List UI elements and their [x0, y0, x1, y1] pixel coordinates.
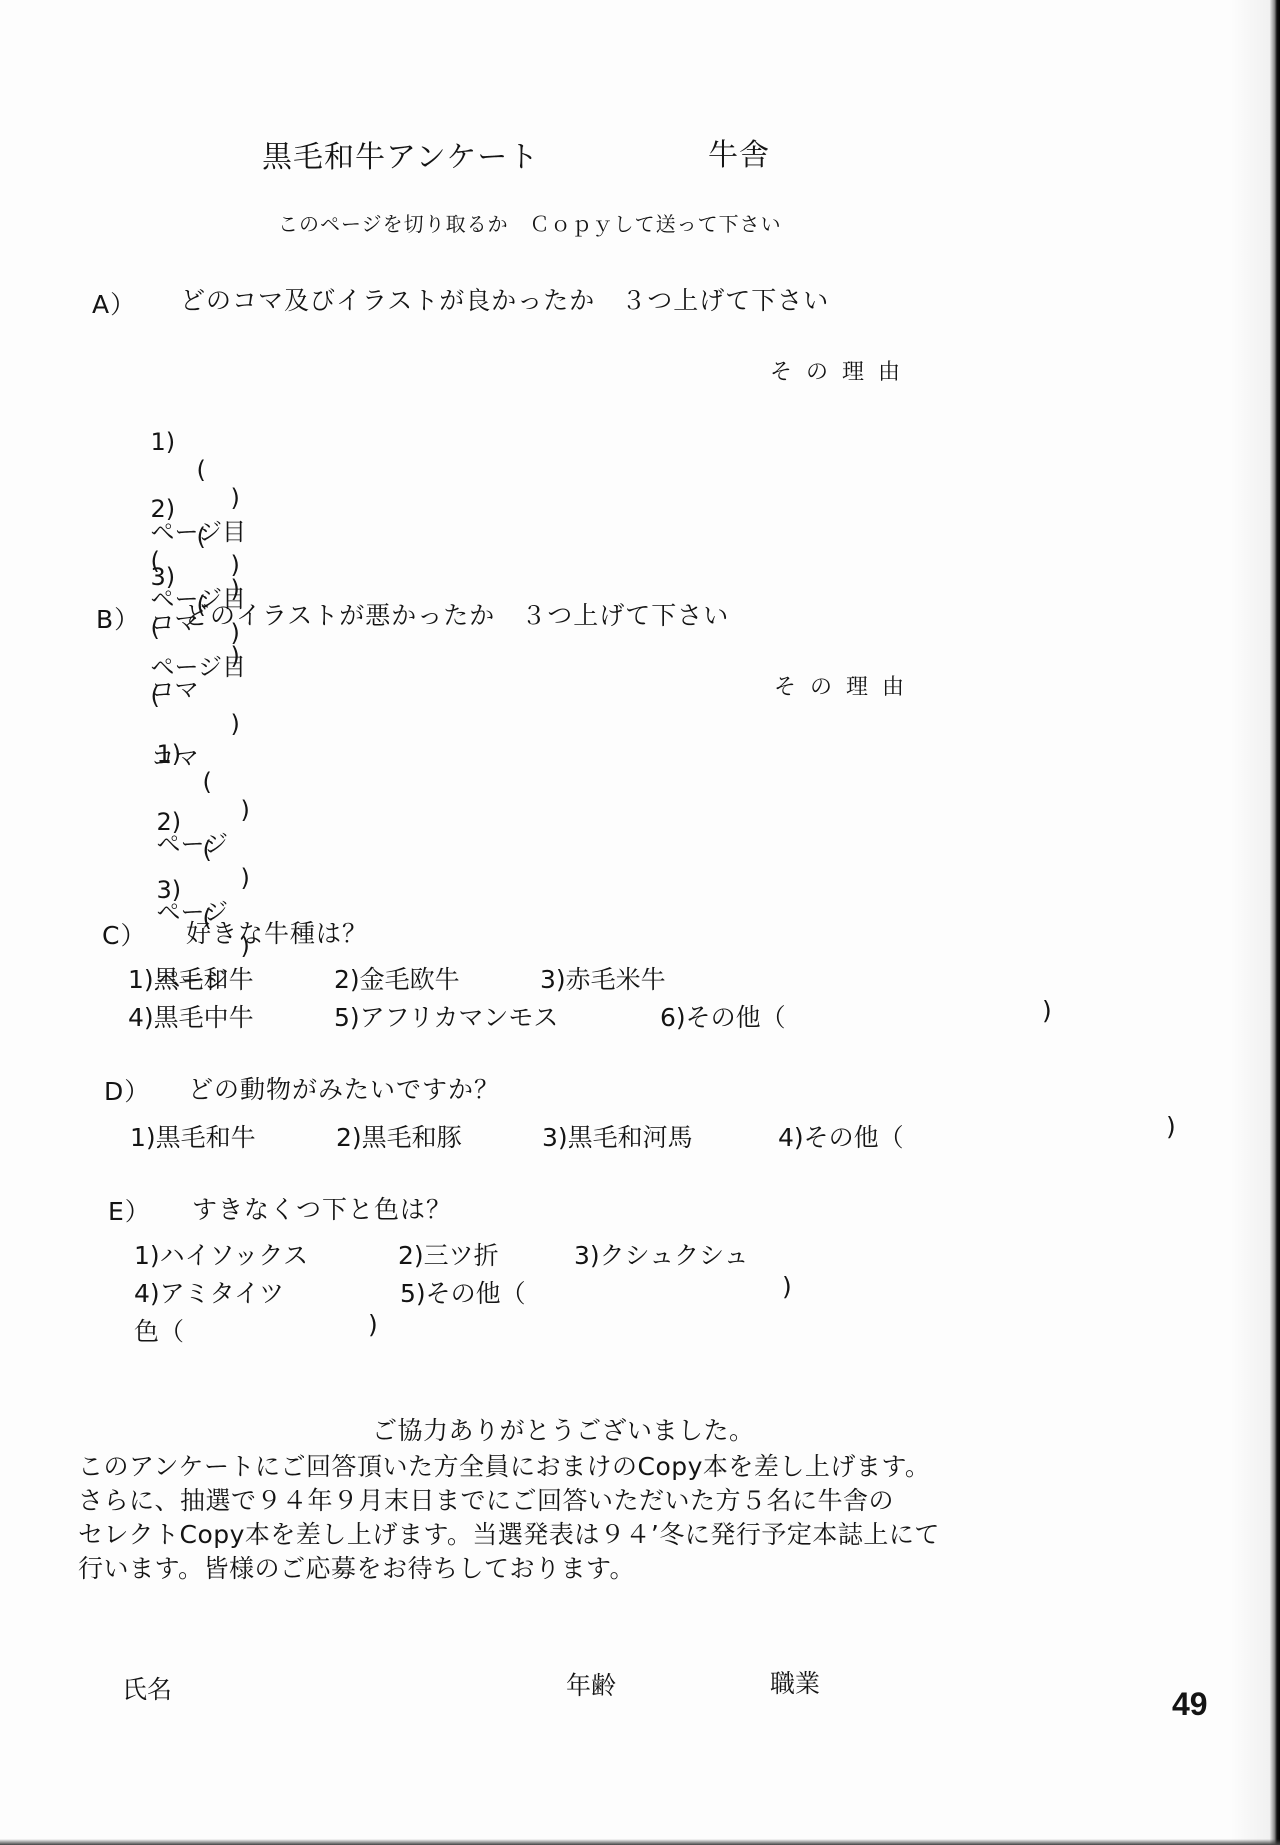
color-close-paren: ) [368, 1310, 378, 1339]
section-b-reason-label: その理由 [774, 670, 918, 701]
socks-option-3[interactable]: 3)クシュクシュ [574, 1236, 749, 1272]
socks-option-1[interactable]: 1)ハイソックス [134, 1236, 308, 1272]
section-c-label: C） [102, 916, 146, 952]
page-edge-shadow [1230, 0, 1270, 1845]
page-bottom-edge [0, 1839, 1280, 1845]
cattle-option-4[interactable]: 4)黒毛中牛 [128, 998, 254, 1034]
animal-option-1[interactable]: 1)黒毛和牛 [130, 1118, 256, 1154]
closing-line-1: このアンケートにご回答頂いた方全員におまけのCopy本を差し上げます。 [78, 1450, 930, 1484]
section-d-question: どの動物がみたいですか？ [188, 1070, 500, 1106]
socks-option-2[interactable]: 2)三ツ折 [398, 1236, 499, 1272]
section-a-question: どのコマ及びイラストが良かったか ３つ上げて下さい [180, 281, 829, 317]
section-b-question: どのイラストが悪かったか ３つ上げて下さい [184, 596, 729, 632]
row-number: 2) [157, 808, 182, 836]
closing-line-4: 行います。皆様のご応募をお待ちしております。 [78, 1552, 635, 1586]
survey-title: 黒毛和牛アンケート [262, 132, 539, 176]
page-number: 49 [1172, 1686, 1208, 1723]
cattle-option-2[interactable]: 2)金毛欧牛 [334, 960, 460, 996]
animal-option-2[interactable]: 2)黒毛和豚 [336, 1118, 462, 1154]
thanks-message: ご協力ありがとうございました。 [372, 1414, 755, 1448]
row-number: 2) [151, 495, 176, 523]
section-c-question: 好きな牛種は？ [186, 914, 368, 950]
socks-other-close-paren: ) [782, 1272, 792, 1301]
occupation-field-label[interactable]: 職業 [770, 1664, 820, 1700]
section-d-label: D） [104, 1072, 150, 1108]
cattle-option-other[interactable]: 6)その他（ [660, 998, 786, 1034]
section-a-reason-label: その理由 [770, 355, 914, 386]
instruction-text: このページを切り取るか Ｃｏｐｙして送って下さい [278, 208, 782, 237]
section-e-question: すきなくつ下と色は？ [192, 1190, 452, 1226]
animal-option-other[interactable]: 4)その他（ [778, 1118, 904, 1154]
cattle-option-3[interactable]: 3)赤毛米牛 [540, 960, 666, 996]
row-number: 3) [157, 876, 182, 904]
cattle-other-close-paren: ) [1042, 996, 1052, 1025]
closing-line-3: セレクトCopy本を差し上げます。当選発表は９４’冬に発行予定本誌上にて [78, 1518, 940, 1552]
section-b-label: B） [96, 600, 140, 636]
section-a-label: A） [92, 285, 136, 321]
panel-open-paren: ( [151, 682, 160, 710]
section-e-label: E） [108, 1192, 151, 1228]
animal-option-3[interactable]: 3)黒毛和河馬 [542, 1118, 693, 1154]
socks-option-other[interactable]: 5)その他（ [400, 1274, 526, 1310]
row-number: 3) [151, 563, 176, 591]
circle-name: 牛舎 [708, 130, 770, 174]
cattle-option-5[interactable]: 5)アフリカマンモス [334, 998, 558, 1034]
animal-other-close-paren: ) [1166, 1112, 1176, 1141]
row-number: 1) [151, 428, 176, 456]
survey-page: 黒毛和牛アンケート 牛舎 このページを切り取るか Ｃｏｐｙして送って下さい A）… [0, 0, 1280, 1845]
name-field-label[interactable]: 氏名 [122, 1670, 172, 1706]
socks-option-4[interactable]: 4)アミタイツ [134, 1274, 284, 1310]
row-number: 1) [157, 740, 182, 768]
color-field-label[interactable]: 色（ [134, 1312, 184, 1348]
closing-line-2: さらに、抽選で９４年９月末日までにご回答いただいた方５名に牛舎の [78, 1484, 894, 1518]
age-field-label[interactable]: 年齢 [566, 1666, 616, 1702]
cattle-option-1[interactable]: 1)黒毛和牛 [128, 960, 254, 996]
page-binding-edge [1270, 0, 1280, 1845]
page-label: ページ目 [151, 653, 247, 681]
